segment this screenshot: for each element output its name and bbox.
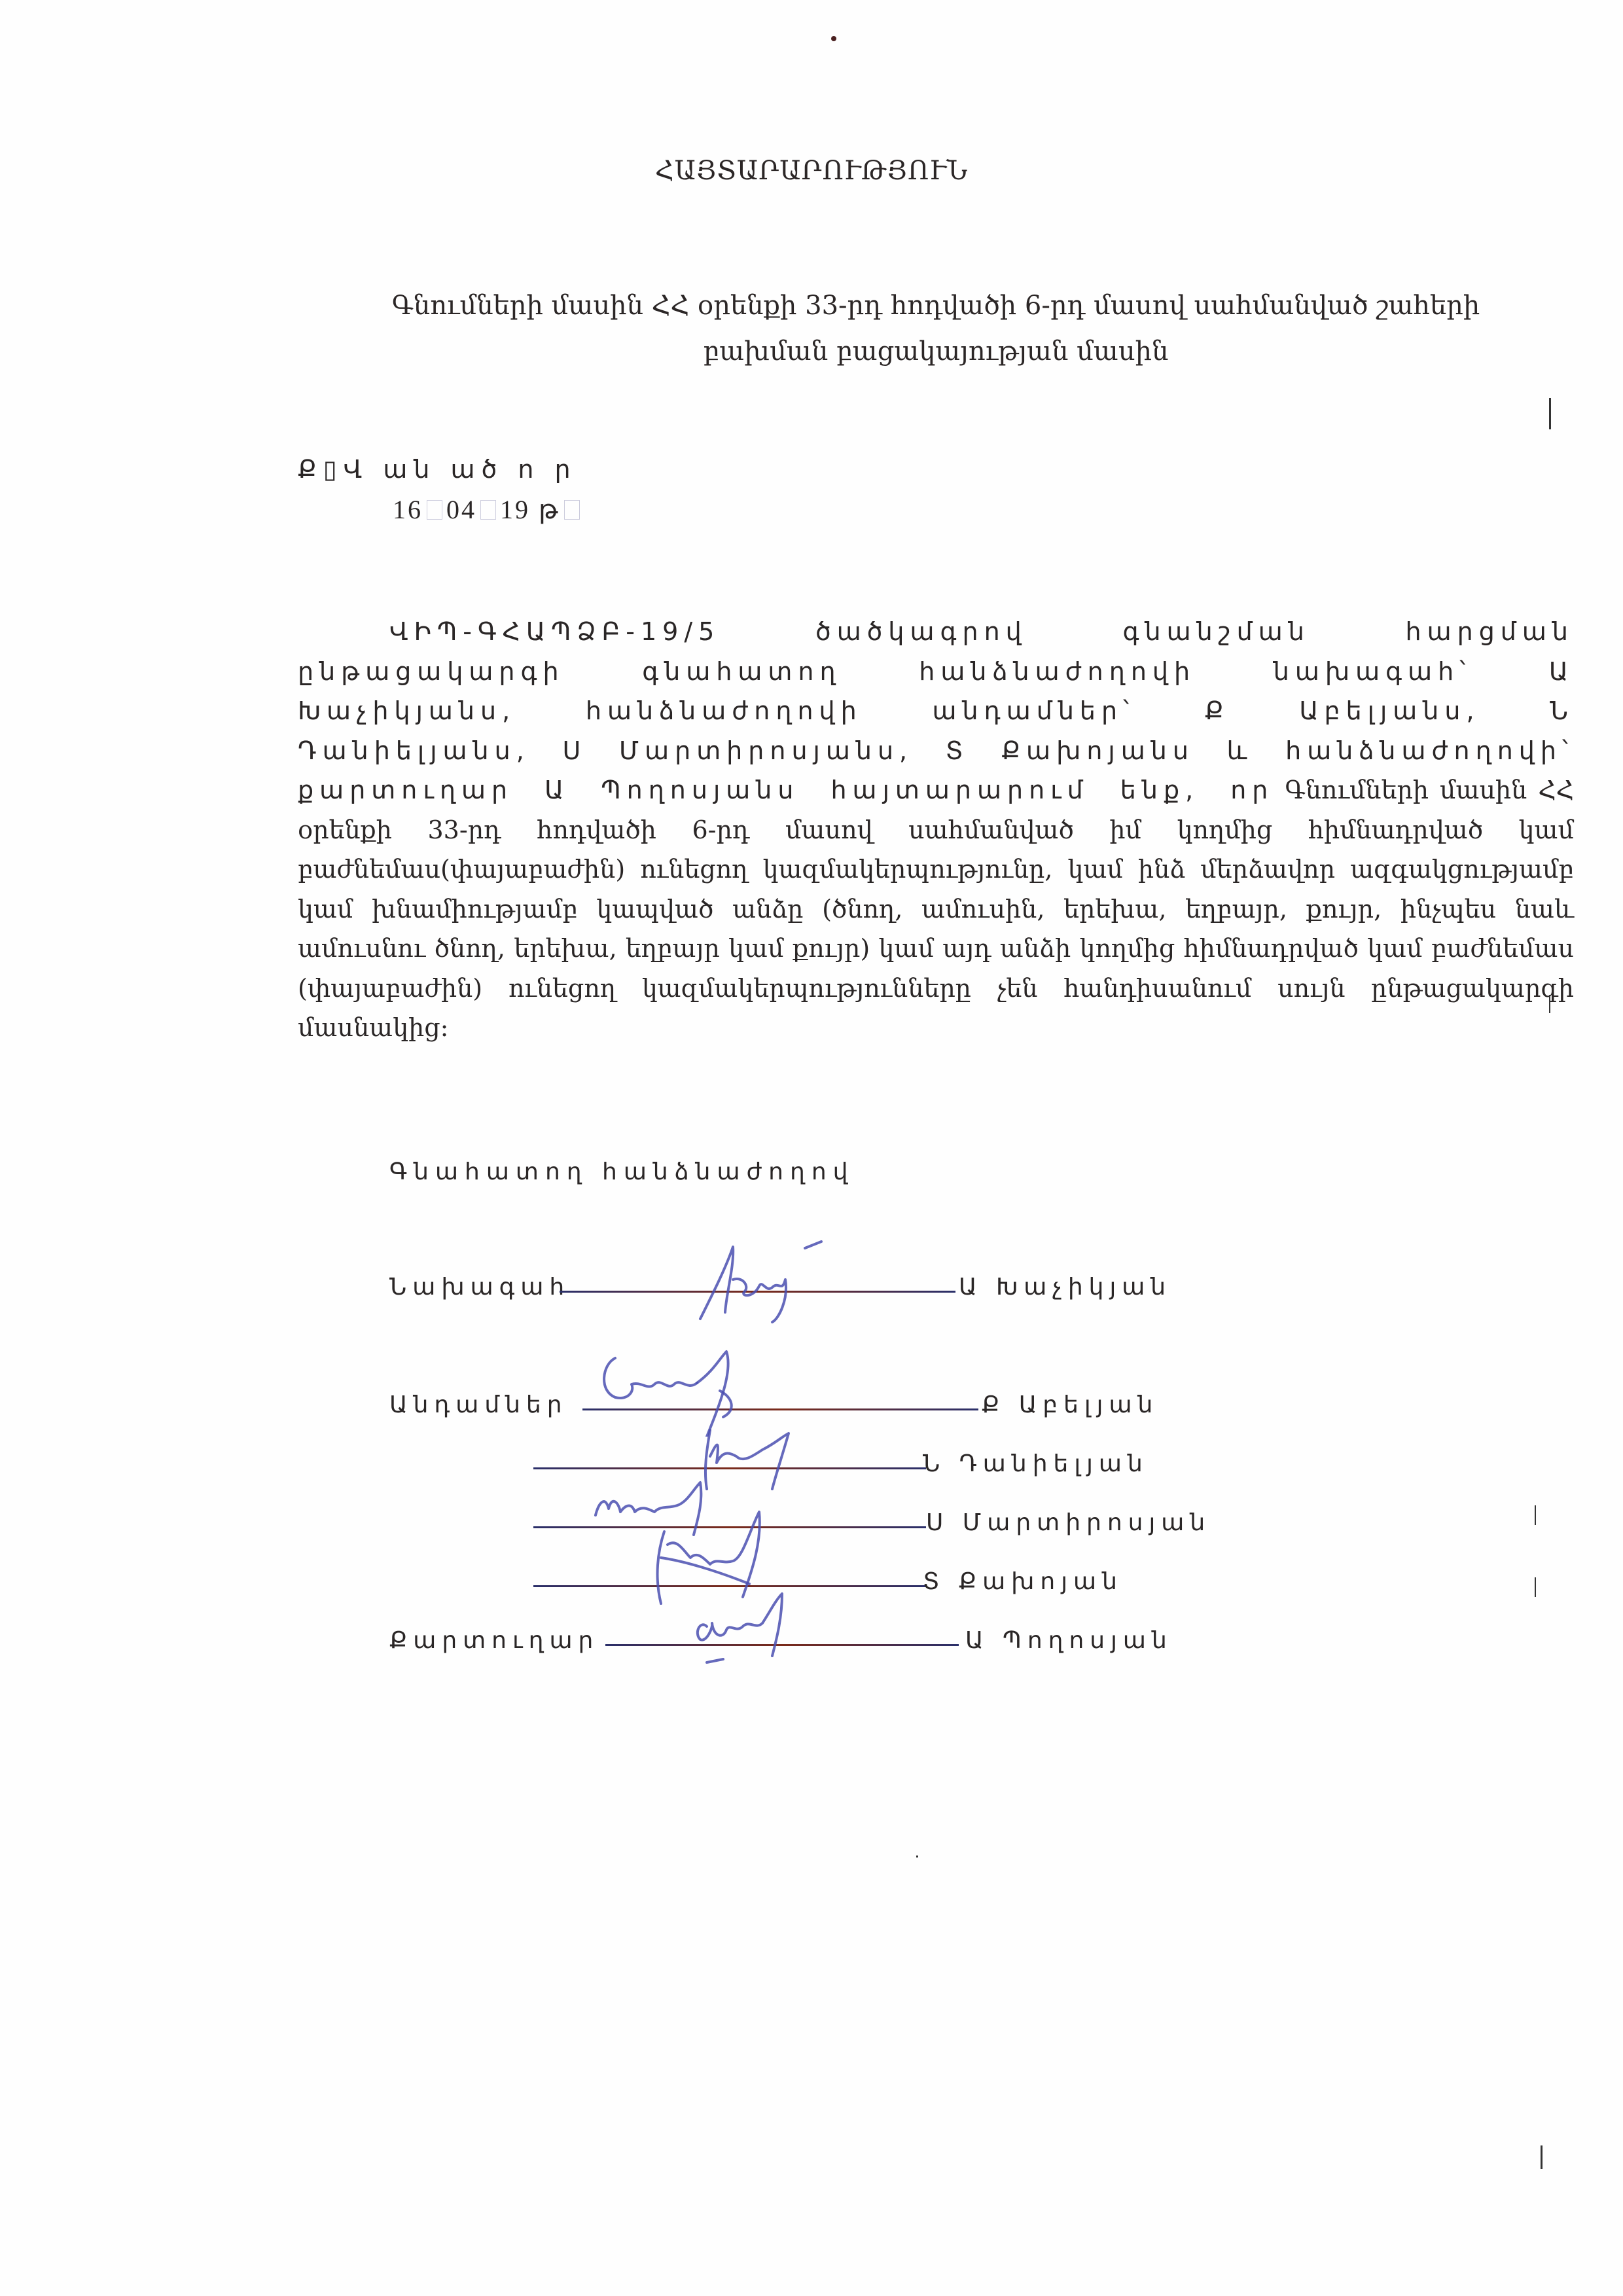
signature-row-chairman: Նախագահ Ա Խաչիկյան <box>389 1266 1240 1306</box>
placeholder-box <box>427 500 442 520</box>
signature-line <box>560 1291 955 1293</box>
signature-row-member-1: Անդամներ Ք Աբելյան <box>389 1384 1240 1424</box>
role-label: Նախագահ <box>389 1274 570 1300</box>
role-label: Անդամներ <box>389 1391 568 1418</box>
margin-mark <box>1535 1577 1536 1597</box>
margin-mark <box>1549 398 1551 429</box>
signer-name: Ս Մարտիրոսյան <box>926 1509 1211 1536</box>
signature-line <box>605 1644 959 1646</box>
declaration-body: ՎԻՊ-ԳՀԱՊՁԲ-19/5 ծածկագրով գնանշման հարցմ… <box>298 612 1574 1048</box>
declaration-statement: Գնումների մասին ՀՀ օրենքի 33-րդ հոդվածի … <box>298 776 1574 1042</box>
scan-dot <box>916 1856 918 1857</box>
date-month: 04 <box>446 495 476 524</box>
signer-name: Ն Դանիելյան <box>923 1450 1149 1477</box>
margin-mark <box>1541 2145 1543 2169</box>
signer-name: Ա Խաչիկյան <box>959 1274 1171 1300</box>
document-title: ՀԱՅՏԱՐԱՐՈՒԹՅՈՒՆ <box>0 156 1623 186</box>
date-suffix: թ <box>539 495 560 524</box>
signature-line <box>533 1467 926 1469</box>
signature-line <box>582 1408 978 1410</box>
place-line: Ք▯Վ ան ած ո ր <box>298 455 577 484</box>
role-label: Քարտուղար <box>389 1627 599 1654</box>
placeholder-box <box>564 500 580 520</box>
signer-name: Ք Աբելյան <box>982 1391 1158 1418</box>
margin-mark <box>1535 1505 1536 1525</box>
signature-line <box>533 1585 926 1587</box>
signer-name: Ա Պողոսյան <box>965 1627 1173 1654</box>
date-day: 16 <box>393 495 423 524</box>
document-page: ՀԱՅՏԱՐԱՐՈՒԹՅՈՒՆ Գնումների մասին ՀՀ օրենք… <box>0 0 1623 2296</box>
document-subtitle: Գնումների մասին ՀՀ օրենքի 33-րդ հոդվածի … <box>327 283 1544 374</box>
commission-heading: Գնահատող հանձնաժողով <box>389 1158 854 1185</box>
date-line: 160419 թ <box>393 494 584 525</box>
signature-line <box>533 1526 926 1528</box>
scan-dot <box>831 36 836 41</box>
signature-row-member-2: Ն Դանիելյան <box>389 1443 1240 1482</box>
signature-row-secretary: Քարտուղար Ա Պողոսյան <box>389 1620 1240 1659</box>
placeholder-box <box>480 500 496 520</box>
signer-name: Տ Քախոյան <box>923 1568 1123 1595</box>
signature-row-member-4: Տ Քախոյան <box>389 1561 1240 1600</box>
margin-mark <box>1549 995 1550 1013</box>
signature-row-member-3: Ս Մարտիրոսյան <box>389 1502 1240 1541</box>
date-year: 19 <box>500 495 530 524</box>
